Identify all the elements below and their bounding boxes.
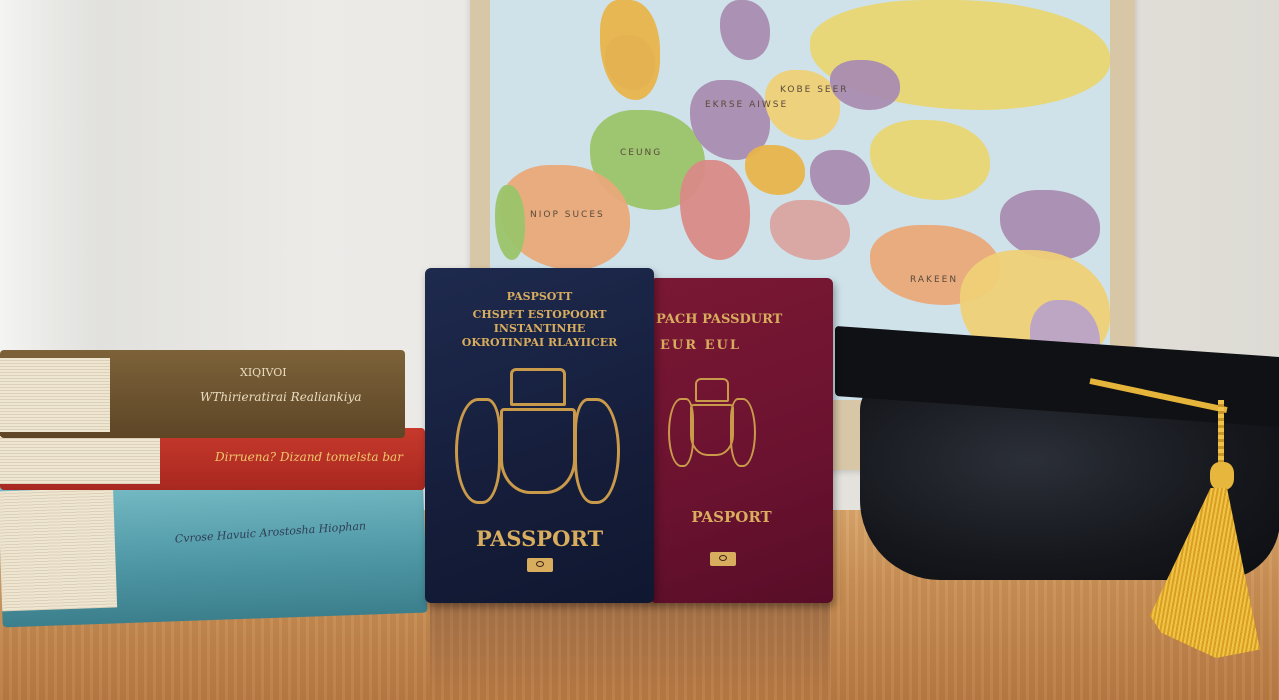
coat-of-arms-icon [668, 378, 756, 476]
passport-title: PASPSOTT [425, 290, 654, 303]
red-passport: PACH PASSDURT EUR EUL PASPORT [650, 278, 833, 603]
coat-of-arms-icon [455, 368, 620, 508]
passport-title: PACH PASSDURT [656, 312, 833, 327]
map-label: NIOP SUCES [530, 210, 605, 220]
biometric-chip-icon [710, 552, 736, 566]
passport-subtitle: INSTANTINHE [425, 322, 654, 335]
book-brown: XIQIVOI WThirieratirai Realiankiya [0, 350, 405, 438]
passport-label: PASSPORT [425, 526, 654, 551]
passport-subtitle: EUR EUL [660, 338, 833, 353]
map-label: RAKEEN [910, 275, 958, 285]
tassel-knob [1210, 462, 1234, 490]
map-label: CEUNG [620, 148, 662, 158]
map-label: EKRSE AIWSE [705, 100, 788, 110]
passport-subtitle: CHSPFT ESTOPOORT [425, 308, 654, 321]
blue-passport: PASPSOTT CHSPFT ESTOPOORT INSTANTINHE OK… [425, 268, 654, 603]
table-reflection [430, 600, 830, 700]
biometric-chip-icon [527, 558, 553, 572]
passport-subtitle: OKROTINPAI RLAYIICER [425, 336, 654, 349]
passport-label: PASPORT [630, 508, 833, 526]
map-label: KOBE SEER [780, 85, 849, 95]
photo-scene: CEUNG EKRSE AIWSE NIOP SUCES KOBE SEER R… [0, 0, 1279, 700]
